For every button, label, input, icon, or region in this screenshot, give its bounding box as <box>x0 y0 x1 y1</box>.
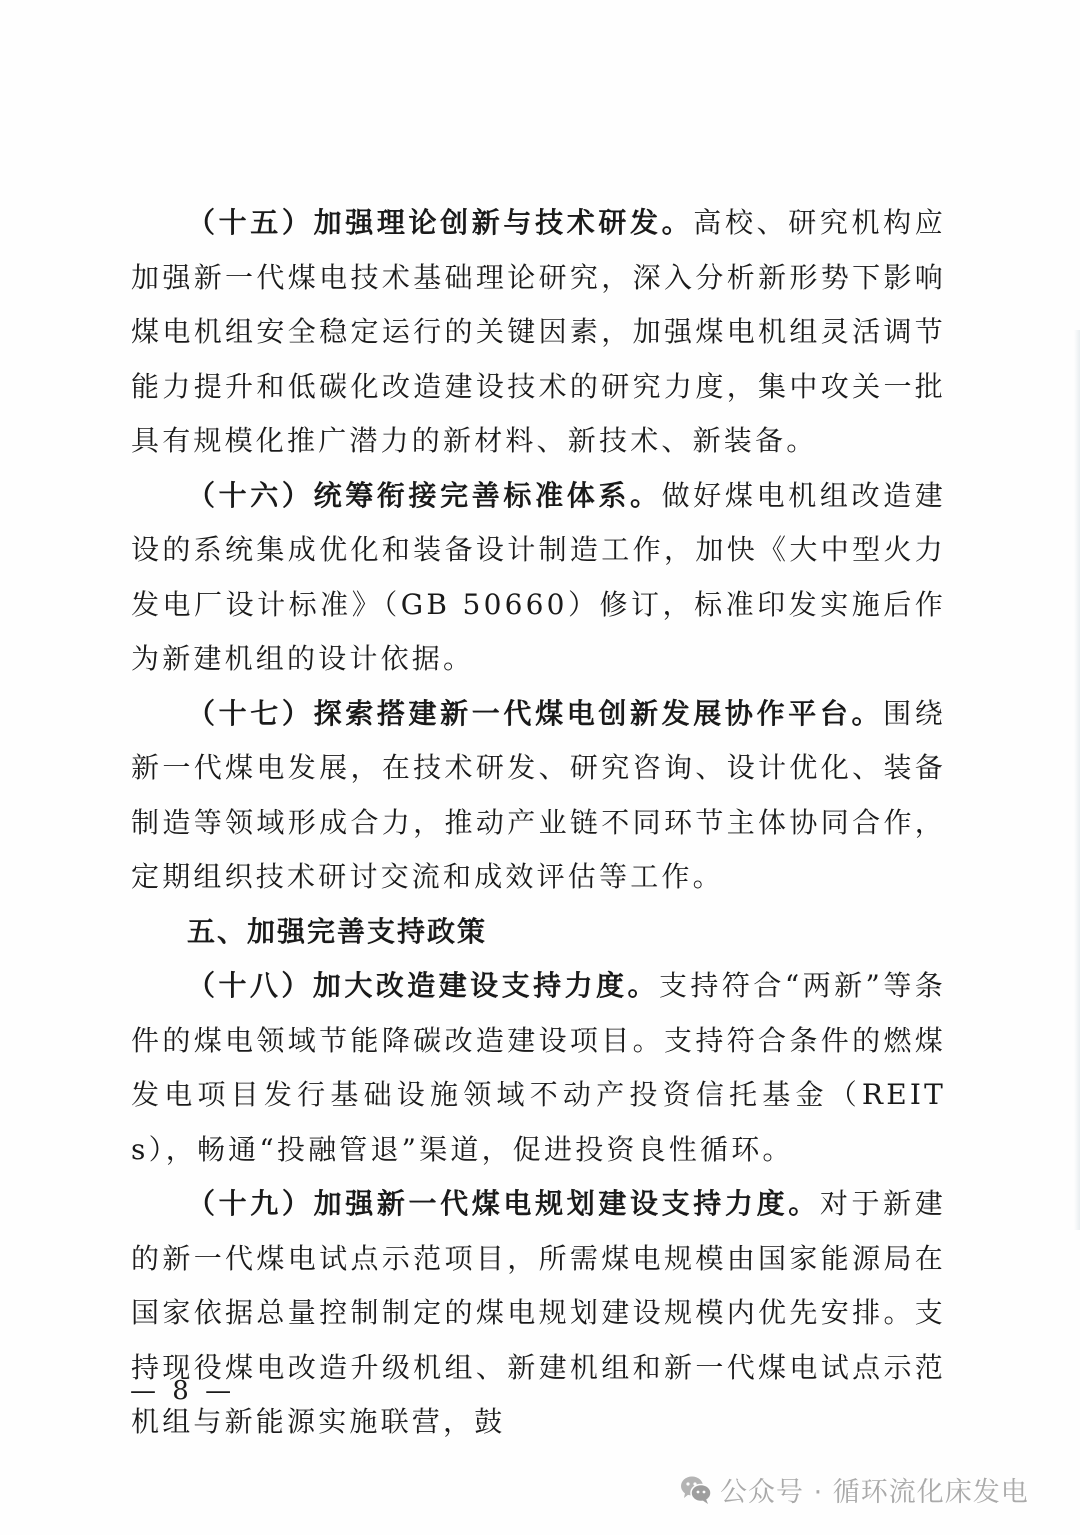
paragraph-lead: （十五）加强理论创新与技术研发。 <box>187 206 693 239</box>
document-body: （十五）加强理论创新与技术研发。高校、研究机构应加强新一代煤电技术基础理论研究，… <box>131 196 946 1450</box>
page-number: — 8 — <box>130 1376 235 1406</box>
paragraph-item-17: （十七）探索搭建新一代煤电创新发展协作平台。围绕新一代煤电发展，在技术研发、研究… <box>131 687 946 905</box>
paragraph-item-16: （十六）统筹衔接完善标准体系。做好煤电机组改造建设的系统集成优化和装备设计制造工… <box>131 469 946 687</box>
paragraph-body: 对于新建的新一代煤电试点示范项目，所需煤电规模由国家能源局在国家依据总量控制制定… <box>131 1187 946 1438</box>
paragraph-lead: （十七）探索搭建新一代煤电创新发展协作平台。 <box>187 697 883 730</box>
scan-edge-shadow <box>1074 330 1080 1230</box>
section-heading: 五、加强完善支持政策 <box>131 905 946 960</box>
paragraph-lead: （十九）加强新一代煤电规划建设支持力度。 <box>187 1187 820 1220</box>
paragraph-lead: （十八）加大改造建设支持力度。 <box>187 969 659 1002</box>
watermark: 公众号 · 循环流化床发电 <box>680 1470 1029 1509</box>
document-page: （十五）加强理论创新与技术研发。高校、研究机构应加强新一代煤电技术基础理论研究，… <box>0 0 1080 1535</box>
paragraph-lead: （十六）统筹衔接完善标准体系。 <box>187 479 662 512</box>
watermark-text: 公众号 · 循环流化床发电 <box>720 1470 1029 1509</box>
paragraph-item-15: （十五）加强理论创新与技术研发。高校、研究机构应加强新一代煤电技术基础理论研究，… <box>131 196 946 469</box>
wechat-icon <box>680 1475 712 1505</box>
paragraph-body: 高校、研究机构应加强新一代煤电技术基础理论研究，深入分析新形势下影响煤电机组安全… <box>131 206 946 457</box>
paragraph-item-18: （十八）加大改造建设支持力度。支持符合“两新”等条件的煤电领域节能降碳改造建设项… <box>131 959 946 1177</box>
paragraph-item-19: （十九）加强新一代煤电规划建设支持力度。对于新建的新一代煤电试点示范项目，所需煤… <box>131 1177 946 1450</box>
